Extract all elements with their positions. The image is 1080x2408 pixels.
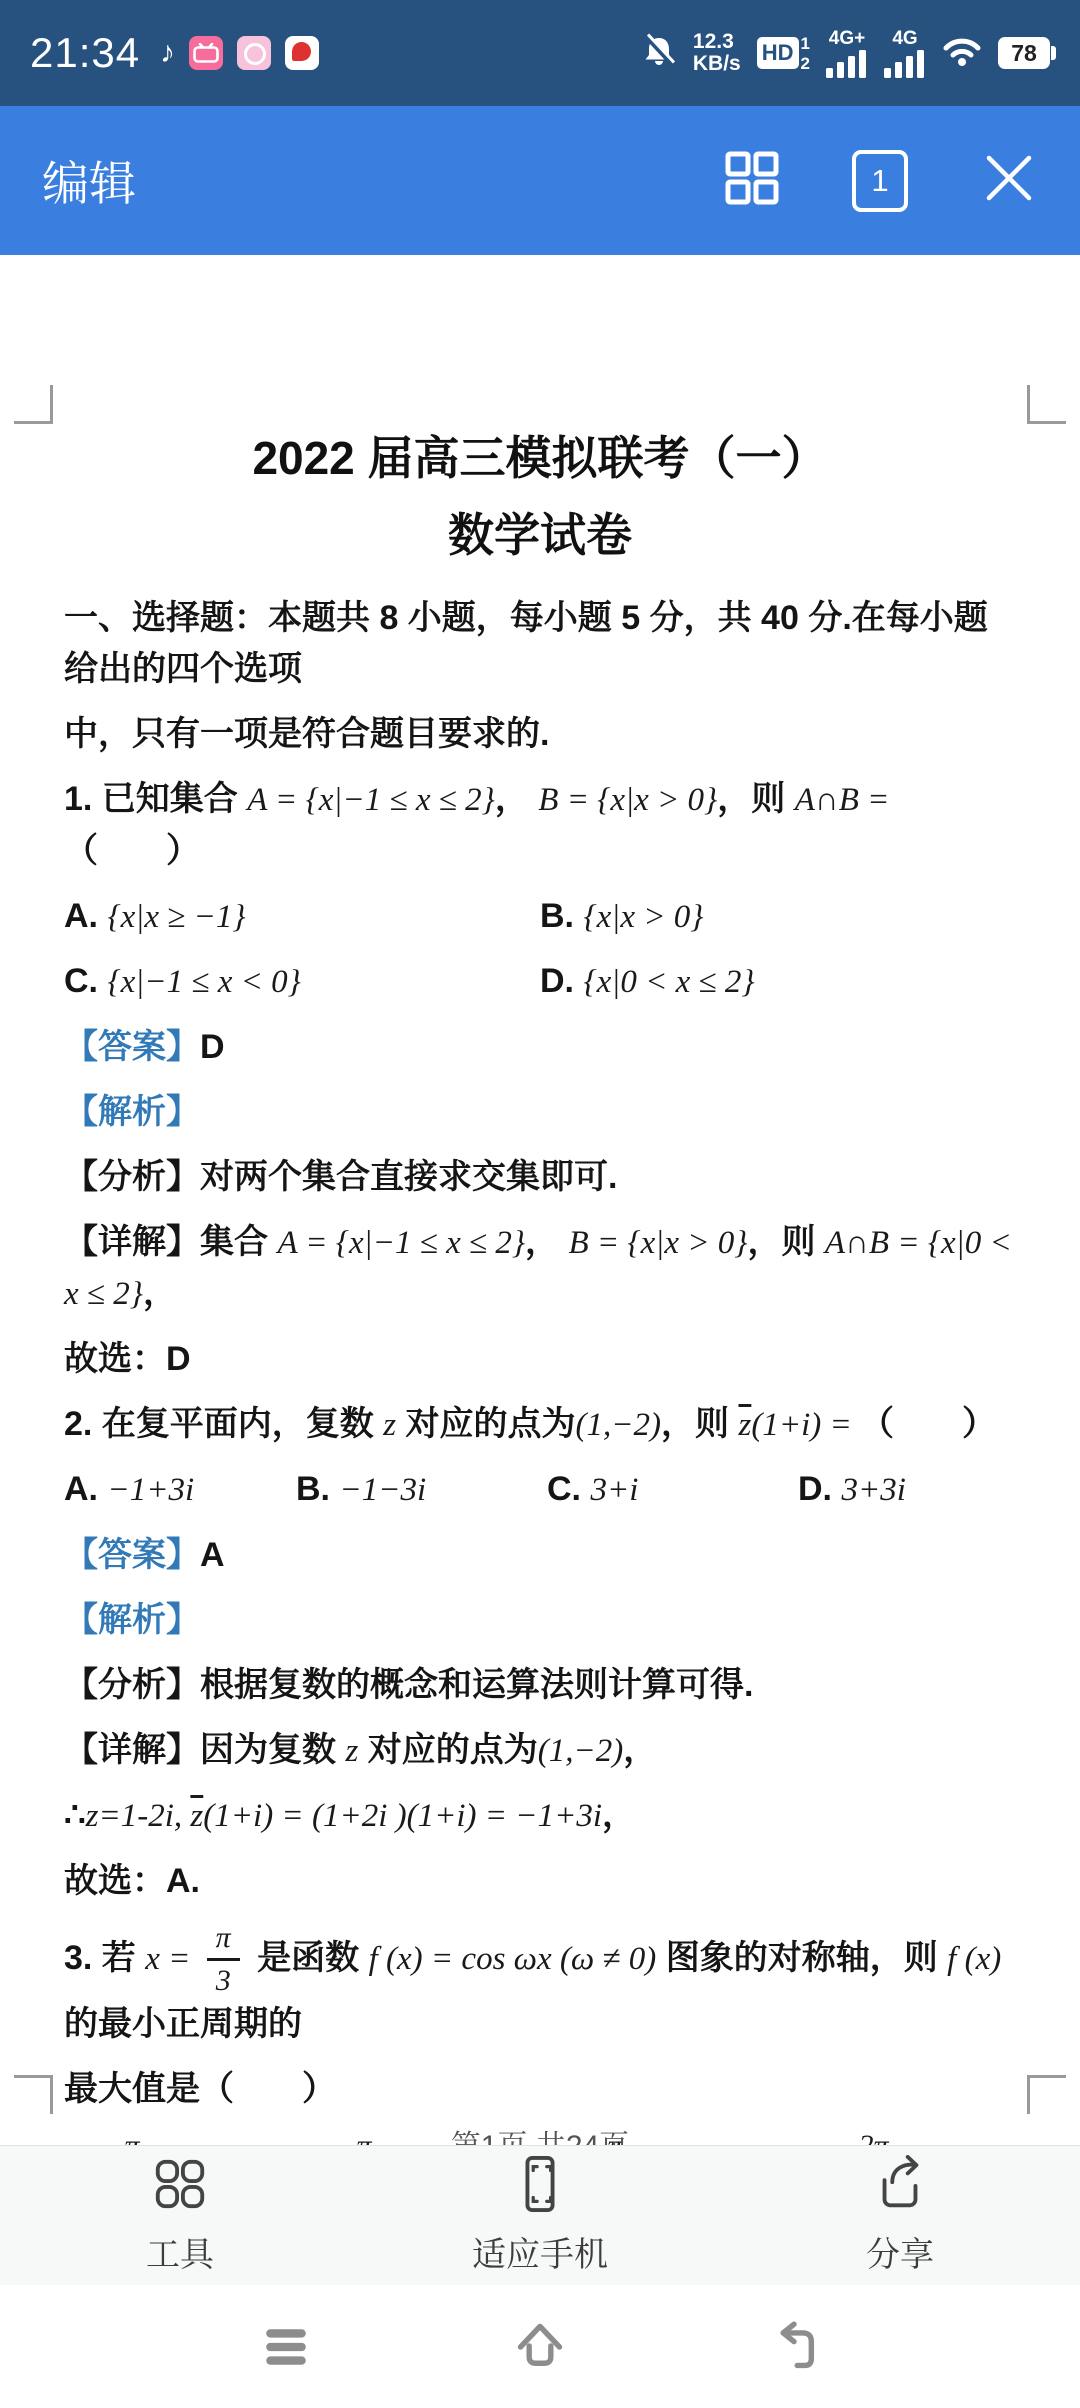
share-icon: [871, 2155, 929, 2218]
question-stem: 2. 在复平面内，复数 z 对应的点为(1,−2)，则 z(1+i) = （ ）: [64, 1399, 1016, 1451]
option: C. {x|−1 ≤ x < 0}: [64, 956, 540, 1008]
analysis-line: 【分析】对两个集合直接求交集即可.: [64, 1152, 1016, 1203]
app-header: 编辑 1: [0, 106, 1080, 255]
exam-subtitle: 数学试卷: [64, 508, 1016, 563]
grid-view-icon[interactable]: [724, 150, 780, 211]
clock: 21:34: [30, 29, 140, 77]
hd-volte-icon: HD 1 2: [757, 35, 810, 72]
music-note-icon: ♪: [160, 36, 175, 70]
detail-line: 【详解】因为复数 z 对应的点为(1,−2)，: [64, 1725, 1016, 1777]
section-intro: 一、选择题：本题共 8 小题，每小题 5 分，共 40 分.在每小题给出的四个选…: [64, 593, 1016, 695]
fit-phone-icon: [511, 2155, 569, 2218]
page-footer: 第1页 共24页: [0, 2121, 1080, 2145]
analysis-label: 【解析】: [64, 1087, 1016, 1138]
share-label: 分享: [866, 2227, 934, 2276]
home-icon[interactable]: [508, 2315, 572, 2379]
question-stem: 3. 若 x = π3 是函数 f (x) = cos ωx (ω ≠ 0) 图…: [64, 1921, 1016, 2050]
document-viewport[interactable]: 2022 届高三模拟联考（一） 数学试卷 一、选择题：本题共 8 小题，每小题 …: [0, 255, 1080, 2145]
media-app-icon: [285, 36, 319, 70]
page-corner-mark: [1027, 385, 1066, 424]
answer-line: 【答案】D: [64, 1022, 1016, 1073]
close-icon[interactable]: [980, 149, 1038, 212]
question-stem: 最大值是（ ）: [64, 2064, 1016, 2115]
page-corner-mark: [1027, 2075, 1066, 2114]
option: B. −1−3i: [296, 1464, 547, 1516]
analysis-line: 【分析】根据复数的概念和运算法则计算可得.: [64, 1660, 1016, 1711]
page-corner-mark: [14, 385, 53, 424]
menu-icon[interactable]: [254, 2315, 318, 2379]
tools-button[interactable]: 工具: [0, 2146, 360, 2285]
options-row: A. {x|x ≥ −1} B. {x|x > 0}: [64, 891, 1016, 943]
tools-grid-icon: [151, 2155, 209, 2218]
signal-4gplus-icon: 4G+: [826, 29, 868, 78]
detail-line: 【详解】集合 A = {x|−1 ≤ x ≤ 2}， B = {x|x > 0}…: [64, 1217, 1016, 1320]
answer-line: 【答案】A: [64, 1530, 1016, 1581]
bell-muted-icon: [641, 33, 677, 74]
status-bar: 21:34 ♪ 12.3 KB/s HD 1 2 4G+: [0, 0, 1080, 106]
options-row: C. {x|−1 ≤ x < 0} D. {x|0 < x ≤ 2}: [64, 956, 1016, 1008]
photo-app-icon: [237, 36, 271, 70]
status-indicators: 12.3 KB/s HD 1 2 4G+ 4G: [641, 29, 1050, 78]
option: C. 3+i: [547, 1464, 798, 1516]
network-speed: 12.3 KB/s: [693, 31, 741, 75]
option: A. −1+3i: [64, 1464, 296, 1516]
fit-phone-label: 适应手机: [472, 2227, 608, 2276]
bilibili-app-icon: [189, 36, 223, 70]
options-row: A. −1+3i B. −1−3i C. 3+i D. 3+3i: [64, 1464, 1016, 1516]
back-icon[interactable]: [762, 2315, 826, 2379]
choose-line: 故选：A.: [64, 1856, 1016, 1907]
page-count-icon[interactable]: 1: [852, 150, 908, 212]
share-button[interactable]: 分享: [720, 2146, 1080, 2285]
detail-line: ∴z=1-2i, z(1+i) = (1+2i )(1+i) = −1+3i，: [64, 1790, 1016, 1842]
battery-icon: 78: [998, 37, 1050, 69]
bottom-toolbar: 工具 适应手机 分享: [0, 2145, 1080, 2285]
fit-phone-button[interactable]: 适应手机: [360, 2146, 720, 2285]
exam-title: 2022 届高三模拟联考（一）: [64, 431, 1016, 486]
option: B. {x|x > 0}: [540, 891, 1016, 943]
system-navbar: [0, 2285, 1080, 2408]
section-intro: 中，只有一项是符合题目要求的.: [64, 709, 1016, 760]
option: A. {x|x ≥ −1}: [64, 891, 540, 943]
page-corner-mark: [14, 2075, 53, 2114]
edit-mode-button[interactable]: 编辑: [42, 147, 136, 214]
question-stem: 1. 已知集合 A = {x|−1 ≤ x ≤ 2}， B = {x|x > 0…: [64, 774, 1016, 877]
signal-4g-icon: 4G: [884, 29, 926, 78]
document-page: 2022 届高三模拟联考（一） 数学试卷 一、选择题：本题共 8 小题，每小题 …: [0, 431, 1080, 2145]
wifi-icon: [942, 35, 982, 72]
tools-label: 工具: [146, 2227, 214, 2276]
analysis-label: 【解析】: [64, 1595, 1016, 1646]
option: D. {x|0 < x ≤ 2}: [540, 956, 1016, 1008]
choose-line: 故选：D: [64, 1334, 1016, 1385]
option: D. 3+3i: [798, 1464, 1016, 1516]
